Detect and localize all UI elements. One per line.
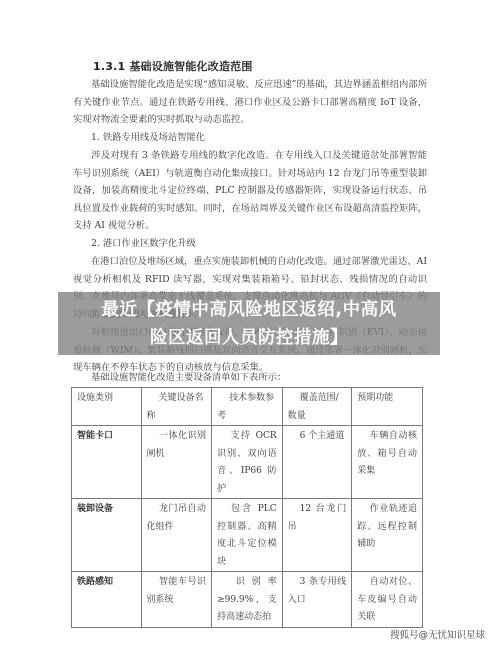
section2-title: 2. 港口作业区数字化升级	[91, 235, 196, 253]
cell-category: 智能卡口	[72, 426, 142, 499]
section1-text: 涉及对现有 3 条铁路专用线的数字化改造。在专用线入口及关键道岔处部署智能车号识…	[73, 150, 427, 231]
header-equipment: 关键设备名称	[141, 388, 212, 426]
cell-spec: 包含 PLC 控制器、高精度北斗定位模块	[212, 499, 283, 572]
cell-spec: 识别率≥99.9%，支持高速动态拍	[212, 572, 283, 628]
intro-paragraph: 基础设施智能化改造是实现“感知灵敏、反应迅速”的基础，其边界涵盖枢纽内部所有关键…	[73, 76, 427, 129]
equipment-table: 设施类别 关键设备名称 技术参数参考 覆盖范围/数量 预期功能 智能卡口 一体化…	[71, 387, 423, 628]
headline-line-2: 险区返回人员防控措施】	[58, 324, 440, 352]
table-row: 装卸设备 龙门吊自动化组件 包含 PLC 控制器、高精度北斗定位模块 12 台龙…	[72, 499, 423, 572]
headline-overlay: 最近【疫情中高风险地区返绍,中高风 险区返回人员防控措施】	[58, 292, 440, 352]
section1-paragraph: 涉及对现有 3 条铁路专用线的数字化改造。在专用线入口及关键道岔处部署智能车号识…	[73, 147, 427, 235]
intro-text: 基础设施智能化改造是实现“感知灵敏、反应迅速”的基础，其边界涵盖枢纽内部所有关键…	[73, 79, 427, 125]
cell-category: 装卸设备	[72, 499, 142, 572]
cell-equipment: 一体化识别闸机	[141, 426, 212, 499]
cell-equipment: 龙门吊自动化组件	[141, 499, 212, 572]
headline-line-1: 最近【疫情中高风险地区返绍,中高风	[58, 296, 440, 324]
cell-coverage: 3 条专用线入口	[282, 572, 352, 628]
header-function: 预期功能	[352, 388, 423, 426]
table-row: 铁路感知 智能车号识别系统 识别率≥99.9%，支持高速动态拍 3 条专用线入口…	[72, 572, 423, 628]
header-spec: 技术参数参考	[212, 388, 283, 426]
cell-category: 铁路感知	[72, 572, 142, 628]
table-caption: 基础设施智能化改造主要设备清单如下表所示：	[91, 369, 286, 387]
header-category: 设施类别	[72, 388, 142, 426]
cell-coverage: 6 个主通道	[282, 426, 352, 499]
section-heading: 1.3.1 基础设施智能化改造范围	[93, 58, 253, 74]
cell-spec: 支持 OCR 识别、双向语音、IP66 防护	[212, 426, 283, 499]
cell-function: 作业轨迹追踪、远程控制辅助	[352, 499, 423, 572]
cell-equipment: 智能车号识别系统	[141, 572, 212, 628]
cell-coverage: 12 台龙门吊	[282, 499, 352, 572]
cell-function: 自动对位、车皮编号自动关联	[352, 572, 423, 628]
source-watermark: 搜狐号@无忧知识星球	[390, 627, 485, 641]
table-row: 智能卡口 一体化识别闸机 支持 OCR 识别、双向语音、IP66 防护 6 个主…	[72, 426, 423, 499]
section1-title: 1. 铁路专用线及场站智能化	[91, 129, 205, 147]
cell-function: 车辆自动核放、箱号自动采集	[352, 426, 423, 499]
header-coverage: 覆盖范围/数量	[282, 388, 352, 426]
table-header-row: 设施类别 关键设备名称 技术参数参考 覆盖范围/数量 预期功能	[72, 388, 423, 426]
